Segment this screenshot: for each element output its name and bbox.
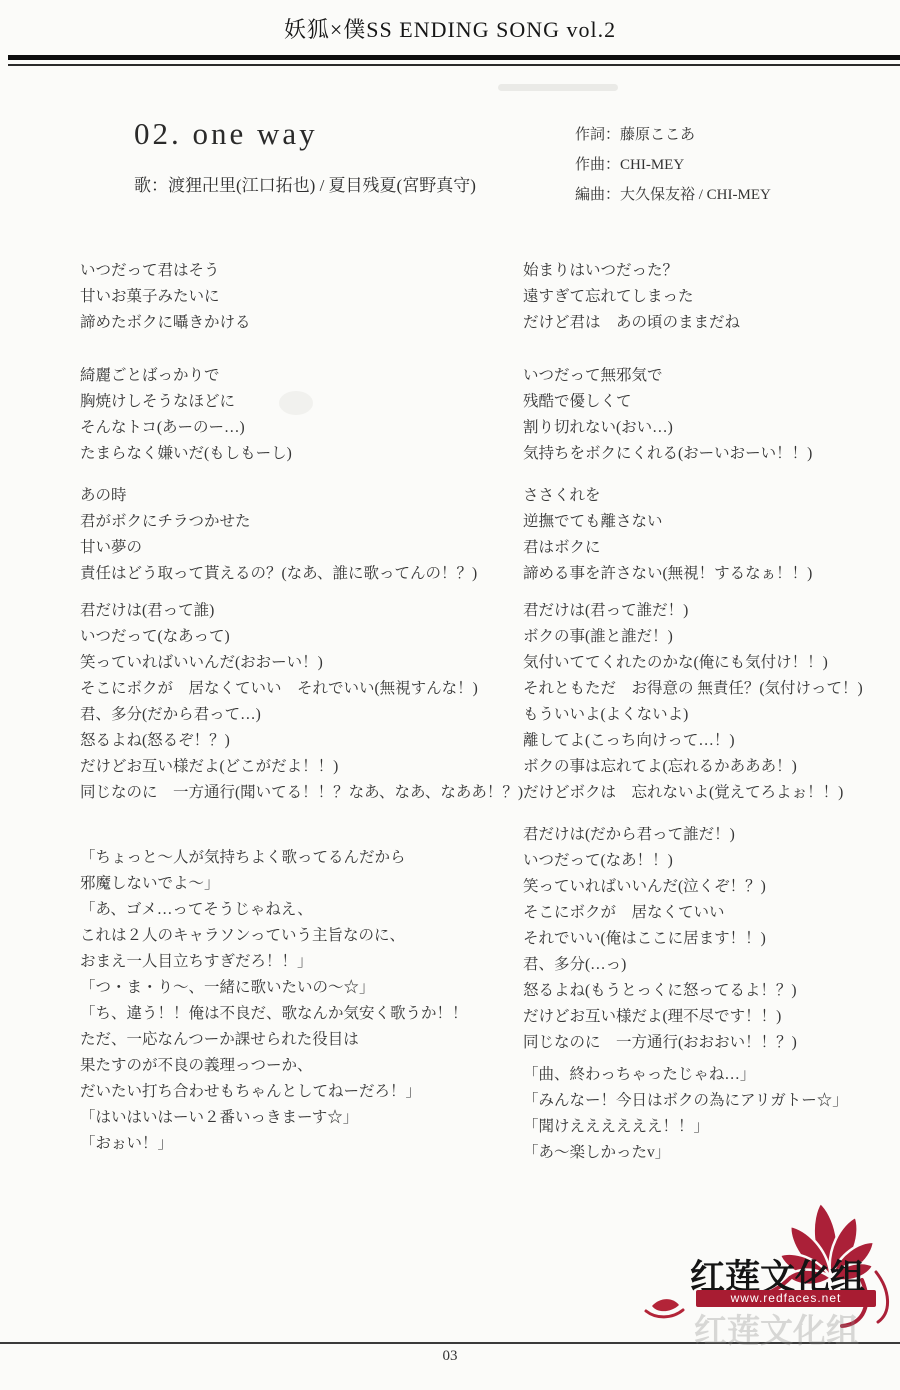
lyric-stanza: 君だけは(だから君って誰だ！) いつだって(なあ！！) 笑っていればいいんだ(泣… xyxy=(523,822,900,1056)
lyric-line: あの時 xyxy=(80,483,525,509)
credit-composer: 作曲：CHI-MEY xyxy=(575,150,771,180)
lyric-line: いつだって君はそう xyxy=(80,258,525,284)
lyric-stanza: 「曲、終わっちゃったじゃね…」 「みんなー！今日はボクの為にアリガトー☆」 「聞… xyxy=(523,1062,900,1166)
lyric-line: だけどボクは 忘れないよ(覚えてろよぉ！！) xyxy=(523,780,900,806)
lyric-line: 邪魔しないでよ～」 xyxy=(80,871,525,897)
lyric-line: 笑っていればいいんだ(おおーい！) xyxy=(80,650,525,676)
lyric-line: そんなトコ(あーのー…) xyxy=(80,415,525,441)
lyric-line: 甘い夢の xyxy=(80,535,525,561)
lyric-line: 笑っていればいいんだ(泣くぞ！？) xyxy=(523,874,900,900)
lyric-line: 諦める事を許さない(無視！するなぁ！！) xyxy=(523,561,900,587)
lyric-line: だけど君は あの頃のままだね xyxy=(523,310,900,336)
lyric-line: 同じなのに 一方通行(聞いてる！！？なあ、なあ、なああ！？) xyxy=(80,780,525,806)
lyric-line: だけどお互い様だよ(どこがだよ！！) xyxy=(80,754,525,780)
lyric-line: 離してよ(こっち向けって…！) xyxy=(523,728,900,754)
credit-lyricist: 作詞：藤原ここあ xyxy=(575,120,771,150)
lyric-line: 「曲、終わっちゃったじゃね…」 xyxy=(523,1062,900,1088)
lyric-line: 怒るよね(怒るぞ！？) xyxy=(80,728,525,754)
lyric-line: 残酷で優しくて xyxy=(523,389,900,415)
credit-arranger: 編曲：大久保友裕 / CHI-MEY xyxy=(575,180,771,210)
lyric-line: いつだって無邪気で xyxy=(523,363,900,389)
lyric-stanza: ささくれを 逆撫でても離さない 君はボクに 諦める事を許さない(無視！するなぁ！… xyxy=(523,483,900,587)
header-rule-thin xyxy=(8,64,900,66)
lyric-line: ささくれを xyxy=(523,483,900,509)
lyric-stanza: 君だけは(君って誰) いつだって(なあって) 笑っていればいいんだ(おおーい！)… xyxy=(80,598,525,806)
lyric-line: 逆撫でても離さない xyxy=(523,509,900,535)
scanned-lyrics-page: 妖狐×僕SS ENDING SONG vol.2 02. one way 歌：渡… xyxy=(0,0,900,1390)
lyric-stanza: 君だけは(君って誰だ！) ボクの事(誰と誰だ！) 気付いててくれたのかな(俺にも… xyxy=(523,598,900,806)
lyric-stanza: 綺麗ごとばっかりで 胸焼けしそうなほどに そんなトコ(あーのー…) たまらなく嫌… xyxy=(80,363,525,467)
lyric-line: だけどお互い様だよ(理不尽です！！) xyxy=(523,1004,900,1030)
lyric-line: おまえ一人目立ちすぎだろ！！」 xyxy=(80,949,525,975)
lyric-line: 「ち、違う！！俺は不良だ、歌なんか気安く歌うか！！ xyxy=(80,1001,525,1027)
lyric-line: 君だけは(君って誰) xyxy=(80,598,525,624)
lyric-stanza: あの時 君がボクにチラつかせた 甘い夢の 責任はどう取って貰えるの？(なあ、誰に… xyxy=(80,483,525,587)
lyric-line: 「みんなー！今日はボクの為にアリガトー☆」 xyxy=(523,1088,900,1114)
lyric-line: 「ちょっと～人が気持ちよく歌ってるんだから xyxy=(80,845,525,871)
lyric-line: 割り切れない(おい…) xyxy=(523,415,900,441)
lyric-line: これは２人のキャラソンっていう主旨なのに、 xyxy=(80,923,525,949)
lyric-line: 君、多分(…っ) xyxy=(523,952,900,978)
lyric-line: 君はボクに xyxy=(523,535,900,561)
logo-website: www.redfaces.net xyxy=(696,1290,876,1307)
header-rule-thick xyxy=(8,55,900,60)
lyric-line: 甘いお菓子みたいに xyxy=(80,284,525,310)
lyric-line: 「つ・ま・り～、一緒に歌いたいの～☆」 xyxy=(80,975,525,1001)
lyric-line: 「はいはいはーい２番いっきまーす☆」 xyxy=(80,1105,525,1131)
logo-ghost-text: 红莲文化组 xyxy=(694,1305,859,1352)
lyric-stanza: 「ちょっと～人が気持ちよく歌ってるんだから 邪魔しないでよ～」 「あ、ゴメ…って… xyxy=(80,845,525,1157)
lyric-line: 「あ～楽しかったv」 xyxy=(523,1140,900,1166)
lyric-line: 果たすのが不良の義理っつーか、 xyxy=(80,1053,525,1079)
lyric-line: 怒るよね(もうとっくに怒ってるよ！？) xyxy=(523,978,900,1004)
lyric-line: 始まりはいつだった？ xyxy=(523,258,900,284)
scan-smudge xyxy=(498,84,618,91)
lyric-line: そこにボクが 居なくていい xyxy=(523,900,900,926)
lyric-stanza: いつだって君はそう 甘いお菓子みたいに 諦めたボクに囁きかける xyxy=(80,258,525,336)
song-credits: 作詞：藤原ここあ 作曲：CHI-MEY 編曲：大久保友裕 / CHI-MEY xyxy=(575,120,771,210)
scanlation-logo: 红莲文化组 红莲文化组 www.redfaces.net xyxy=(638,1178,900,1336)
lyric-line: いつだって(なあって) xyxy=(80,624,525,650)
lyric-line: もういいよ(よくないよ) xyxy=(523,702,900,728)
lyric-line: それでいい(俺はここに居ます！！) xyxy=(523,926,900,952)
lyric-stanza: 始まりはいつだった？ 遠すぎて忘れてしまった だけど君は あの頃のままだね xyxy=(523,258,900,336)
lyric-line: だいたい打ち合わせもちゃんとしてねーだろ！」 xyxy=(80,1079,525,1105)
lyric-line: 君だけは(だから君って誰だ！) xyxy=(523,822,900,848)
lyric-line: 気持ちをボクにくれる(おーいおーい！！) xyxy=(523,441,900,467)
lyric-line: 君だけは(君って誰だ！) xyxy=(523,598,900,624)
album-title: 妖狐×僕SS ENDING SONG vol.2 xyxy=(0,13,900,44)
lyric-line: 胸焼けしそうなほどに xyxy=(80,389,525,415)
lyric-line: 諦めたボクに囁きかける xyxy=(80,310,525,336)
lyric-line: いつだって(なあ！！) xyxy=(523,848,900,874)
track-title: 02. one way xyxy=(134,116,318,152)
lyric-line: 気付いててくれたのかな(俺にも気付け！！) xyxy=(523,650,900,676)
lyric-line: 「あ、ゴメ…ってそうじゃねえ、 xyxy=(80,897,525,923)
lyric-line: 「聞けええええええ！！」 xyxy=(523,1114,900,1140)
lyric-line: 綺麗ごとばっかりで xyxy=(80,363,525,389)
lyric-line: たまらなく嫌いだ(もしもーし) xyxy=(80,441,525,467)
lyric-line: 責任はどう取って貰えるの？(なあ、誰に歌ってんの！？) xyxy=(80,561,525,587)
lyric-line: それともただ お得意の 無責任？(気付けって！) xyxy=(523,676,900,702)
lyric-stanza: いつだって無邪気で 残酷で優しくて 割り切れない(おい…) 気持ちをボクにくれる… xyxy=(523,363,900,467)
vocal-credit: 歌：渡狸卍里(江口拓也) / 夏目残夏(宮野真守) xyxy=(134,171,476,196)
lyric-line: 同じなのに 一方通行(おおおい！！？) xyxy=(523,1030,900,1056)
lyric-line: 「おぉい！」 xyxy=(80,1131,525,1157)
lyric-line: 君、多分(だから君って…) xyxy=(80,702,525,728)
lyric-line: ボクの事は忘れてよ(忘れるかあああ！) xyxy=(523,754,900,780)
lyric-line: そこにボクが 居なくていい それでいい(無視すんな！) xyxy=(80,676,525,702)
lyric-line: 遠すぎて忘れてしまった xyxy=(523,284,900,310)
lyric-line: ボクの事(誰と誰だ！) xyxy=(523,624,900,650)
lyric-line: ただ、一応なんつーか課せられた役目は xyxy=(80,1027,525,1053)
lyric-line: 君がボクにチラつかせた xyxy=(80,509,525,535)
